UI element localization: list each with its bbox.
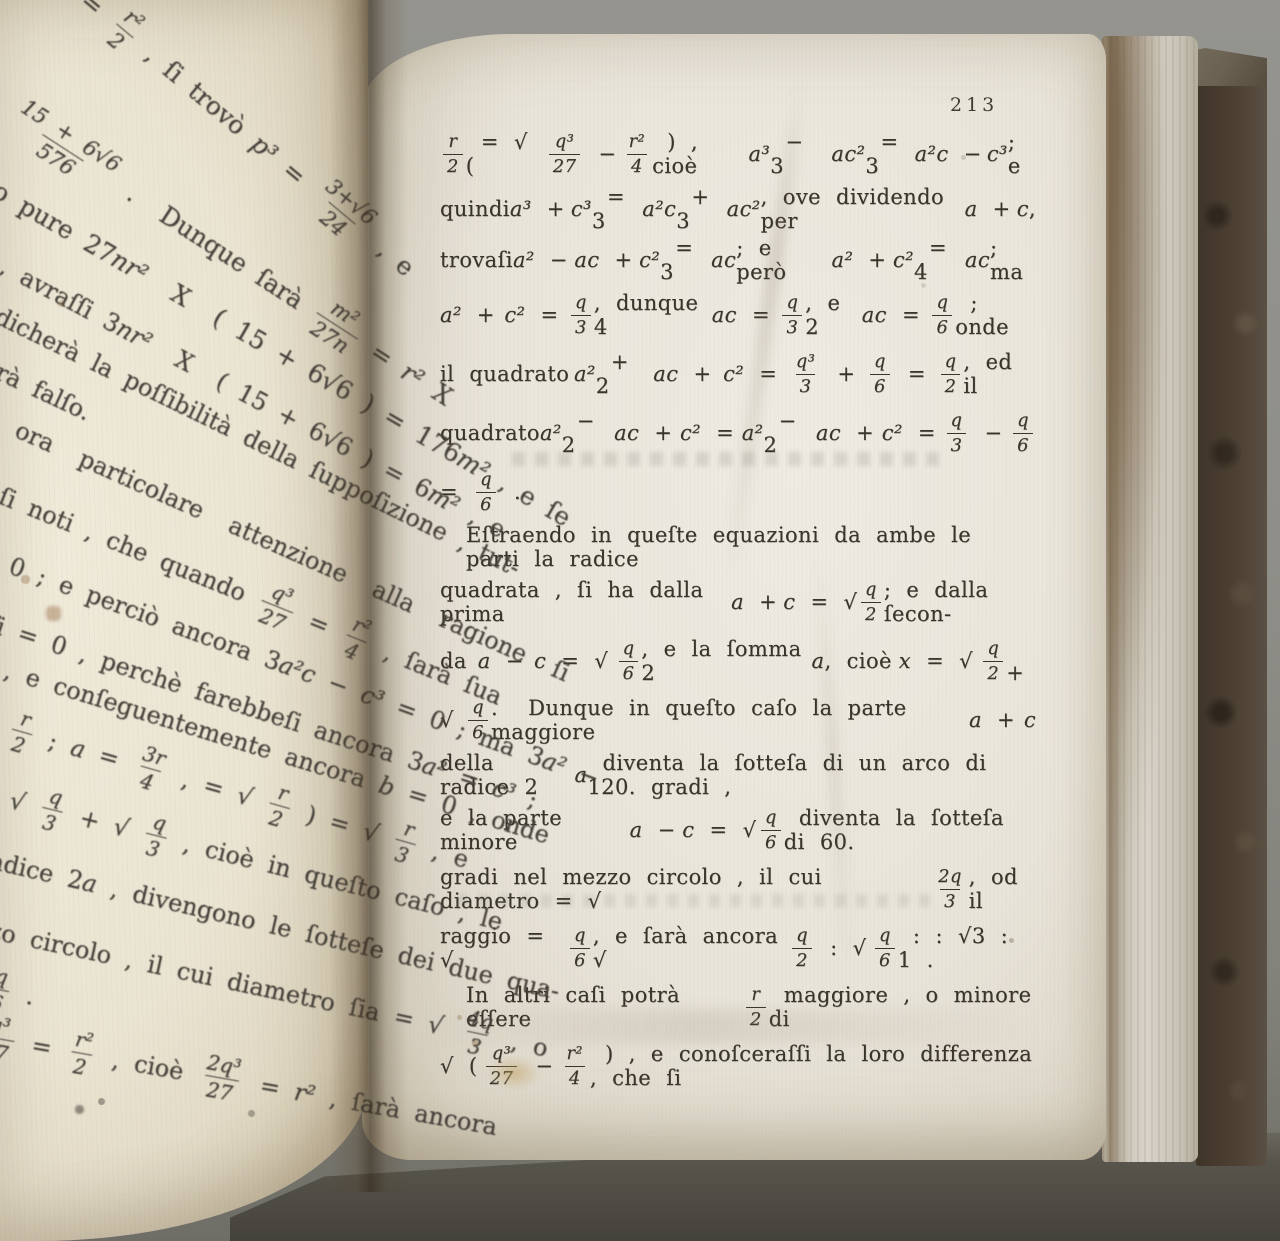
fraction-numerator: q	[947, 412, 967, 433]
text-run: =	[81, 737, 137, 778]
math-variable: a	[969, 708, 982, 732]
fraction: q6	[875, 927, 895, 970]
text-fragment: q6 .	[0, 964, 39, 1020]
fraction: q6	[619, 640, 639, 683]
fraction-denominator: 3	[462, 1031, 488, 1059]
text-line: r2 = √ ( q³27 − r²4 ) , cioè a³ − 3 ac² …	[440, 126, 1036, 182]
fraction: r²2	[65, 1028, 99, 1080]
text-run: −	[535, 248, 575, 272]
fraction: q6	[761, 809, 781, 852]
fraction-numerator: r²	[625, 133, 650, 154]
math-variable: a³	[510, 197, 532, 221]
text-run: = 3	[592, 185, 642, 233]
marbled-cover	[1196, 86, 1267, 1166]
text-run: ,	[1029, 197, 1036, 221]
text-run: = √	[795, 590, 858, 614]
text-line: raggio = √ q6, e ſarà ancora √ q2 : √ q6…	[440, 920, 1036, 976]
text-line: quindi a³ + c³ = 3a²c + 3ac², ove divide…	[440, 185, 1036, 233]
math-variable: ac²	[831, 142, 865, 166]
fraction-denominator: 27	[549, 154, 581, 176]
fraction: 4q3	[456, 1007, 499, 1061]
fraction-denominator: 2	[5, 729, 32, 758]
text-run: maggiore , o minore di	[769, 983, 1036, 1031]
text-run: , dunque 4	[594, 291, 712, 339]
fraction-denominator: 6	[932, 315, 952, 337]
fraction-denominator: 2	[746, 1007, 766, 1029]
fraction-numerator: r²	[562, 1045, 587, 1066]
fraction-denominator: 27	[201, 1075, 239, 1105]
fraction-numerator: q	[983, 640, 1003, 661]
text-run: ) , e conoſceraſſi la loro differenza , …	[590, 1042, 1036, 1090]
text-run: Eſtraendo in queſte equazioni da ambe le…	[466, 523, 1036, 571]
text-line: il quadrato a² + 2ac + c² = q³3 + q6 = q…	[440, 346, 1036, 402]
text-run: radice 2	[0, 844, 86, 895]
text-run: =	[525, 303, 568, 327]
math-variable: c	[1017, 197, 1029, 221]
text-run: diventa la ſotteſa di un arco di 120. gr…	[587, 751, 1036, 799]
fraction-denominator: 3	[571, 315, 591, 337]
fraction-numerator: q³	[0, 1013, 16, 1041]
math-variable: a²	[513, 248, 535, 272]
math-variable: x	[899, 649, 911, 673]
math-variable: a²	[540, 421, 562, 445]
text-run: , e	[415, 833, 472, 874]
text-run: ; ma	[990, 236, 1036, 284]
text-run: , od il	[969, 865, 1036, 913]
fraction-denominator: 6	[1013, 433, 1033, 455]
fraction: r²4	[562, 1045, 587, 1088]
right-page: 213 r2 = √ ( q³27 − r²4 ) , cioè a³ − 3 …	[362, 34, 1106, 1160]
fraction: 2q³27	[197, 1051, 247, 1105]
math-variable: ac	[614, 421, 639, 445]
fraction-denominator: 2	[861, 602, 881, 624]
fraction: r2	[443, 133, 463, 176]
fraction-numerator: q	[941, 353, 961, 374]
text-run: +	[532, 197, 571, 221]
page-number: 213	[950, 94, 998, 116]
math-variable: ac	[816, 421, 841, 445]
fraction: q3	[782, 294, 802, 337]
fraction-denominator: 2	[792, 948, 812, 970]
text-run: +	[982, 708, 1024, 732]
math-variable: c²	[882, 421, 903, 445]
math-variable: ac	[574, 248, 599, 272]
fraction-denominator: 3	[782, 315, 802, 337]
text-run: −	[643, 818, 683, 842]
fraction-denominator: 4	[134, 766, 161, 795]
math-variable: a²	[440, 303, 462, 327]
math-variable: ac	[711, 248, 736, 272]
text-run: −	[969, 421, 1010, 445]
text-line: quadrato a² − 2ac + c² = a² − 2ac + c² =…	[440, 405, 1036, 461]
text-run: = √	[694, 818, 758, 842]
fraction: r²4	[625, 133, 650, 176]
fraction: r2	[746, 986, 766, 1029]
math-variable: c²	[893, 248, 914, 272]
fraction-numerator: q	[1013, 412, 1033, 433]
text-run: +	[978, 197, 1017, 221]
fraction-numerator: q	[932, 294, 952, 315]
fraction: q6	[932, 294, 952, 337]
fraction-denominator: 27	[486, 1066, 518, 1088]
fraction: q2	[861, 581, 881, 624]
fraction-numerator: q	[571, 294, 591, 315]
fraction-numerator: r	[444, 133, 461, 154]
text-run: .	[9, 979, 36, 1011]
math-variable: c²	[639, 248, 660, 272]
text-run: +	[744, 590, 783, 614]
text-run: =	[291, 602, 348, 647]
text-run: . Dunque in queſto caſo la parte maggior…	[491, 696, 969, 744]
text-run: −	[949, 142, 987, 166]
page-fore-edge	[1102, 36, 1198, 1162]
text-run: : : √3 : 1 .	[898, 924, 1036, 972]
text-line: quadrata , ſi ha dalla prima a + c = √ q…	[440, 574, 1036, 630]
text-run: − 2	[562, 409, 614, 457]
fraction-denominator: 6	[761, 830, 781, 852]
text-run: , ed il	[963, 350, 1036, 398]
fraction: q2	[792, 927, 812, 970]
math-variable: ac	[712, 303, 737, 327]
text-run: quadrata , ſi ha dalla prima	[440, 578, 731, 626]
fraction: 2q3	[934, 868, 966, 911]
math-variable: a²	[574, 362, 596, 386]
fraction: q3	[947, 412, 967, 455]
fraction: q3	[571, 294, 591, 337]
text-run: ; e dalla ſecon-	[884, 578, 1036, 626]
fraction: q³27	[549, 133, 581, 176]
fraction: q6	[570, 927, 590, 970]
math-variable: a	[965, 197, 978, 221]
fraction-numerator: r	[747, 986, 764, 1007]
text-run: =	[744, 362, 789, 386]
fraction-denominator: 6	[0, 988, 9, 1016]
fraction-numerator: q	[792, 927, 812, 948]
text-run: + 3	[676, 185, 726, 233]
text-run: , ſi trovò	[128, 30, 264, 151]
math-variable: a²	[742, 421, 764, 445]
text-run: , cioè	[95, 1043, 200, 1088]
fraction: q³3	[792, 353, 819, 396]
fraction-denominator: 3	[940, 889, 960, 911]
fraction: q6	[870, 353, 890, 396]
math-variable: a	[630, 818, 643, 842]
text-line: gradi nel mezzo circolo , il cui diametr…	[440, 861, 1036, 917]
text-run: =	[243, 1069, 297, 1105]
fraction-denominator: 3	[947, 433, 967, 455]
text-run: = 4	[914, 236, 965, 284]
math-variable: c³	[987, 142, 1008, 166]
fraction-denominator: 6	[870, 374, 890, 396]
math-variable: a²c	[642, 197, 676, 221]
fraction-denominator: 6	[875, 948, 895, 970]
fraction-denominator: 3	[140, 833, 166, 862]
math-variable: c	[783, 590, 795, 614]
math-variable: c³	[571, 197, 592, 221]
text-run: , e la ſomma 2	[641, 637, 811, 685]
text-run: , o	[494, 1024, 550, 1062]
fraction-denominator: 2	[941, 374, 961, 396]
photo-scene: 213 r2 = √ ( q³27 − r²4 ) , cioè a³ − 3 …	[0, 0, 1280, 1241]
fraction-numerator: q	[782, 294, 802, 315]
text-run: = 3	[660, 236, 711, 284]
fraction-denominator: 3	[389, 839, 416, 868]
fraction-denominator: 6	[570, 948, 590, 970]
left-page: = r²2 , ſi trovò p³ = 3+√624 , eX 15 + 6…	[0, 0, 368, 1241]
math-variable: ac	[653, 362, 678, 386]
right-page-text: r2 = √ ( q³27 − r²4 ) , cioè a³ − 3 ac² …	[440, 126, 1036, 1097]
text-run: = √	[911, 649, 980, 673]
math-variable: a³	[748, 142, 770, 166]
math-variable: c²	[680, 421, 701, 445]
fraction-denominator: 2	[67, 1052, 92, 1080]
fraction-numerator: q³	[792, 353, 819, 374]
text-run: + √	[62, 800, 146, 846]
fraction-numerator: q	[761, 809, 781, 830]
text-run: −	[583, 142, 621, 166]
text-run: =	[737, 303, 780, 327]
fraction-numerator: q	[861, 581, 881, 602]
fraction-denominator: 2	[443, 154, 463, 176]
text-run: ) , cioè	[652, 130, 748, 178]
text-run: +	[841, 421, 882, 445]
text-run: trovaſi	[440, 248, 513, 272]
text-line: a² + c² = q3, dunque 4ac = q3, e 2ac = q…	[440, 287, 1036, 343]
fraction-numerator: q	[619, 640, 639, 661]
fraction-denominator: 2	[983, 661, 1003, 683]
text-run: =	[903, 421, 944, 445]
text-run: quindi	[440, 197, 510, 221]
text-run: +	[678, 362, 723, 386]
math-variable: ac	[862, 303, 887, 327]
text-line: Eſtraendo in queſte equazioni da ambe le…	[440, 523, 1036, 571]
text-run: , ove dividendo per	[761, 185, 965, 233]
fraction-numerator: q	[0, 965, 14, 992]
math-variable: c	[682, 818, 694, 842]
fraction-numerator: q	[875, 927, 895, 948]
fraction-denominator: 4	[627, 154, 647, 176]
fraction-denominator: 3	[796, 374, 816, 396]
text-run: = √ (	[466, 130, 546, 178]
fraction-numerator: q	[870, 353, 890, 374]
fraction-numerator: q	[570, 927, 590, 948]
text-run: diventa la ſotteſa di 60.	[784, 806, 1036, 854]
fraction: q³27	[0, 1013, 18, 1066]
text-run: , e 2	[805, 291, 861, 339]
fraction-numerator: 2q	[934, 868, 966, 889]
text-run: + 2	[596, 350, 654, 398]
text-run: − 2	[764, 409, 816, 457]
text-run: ; e però	[736, 236, 831, 284]
fraction-denominator: 2	[263, 803, 290, 832]
text-run: : √	[815, 936, 872, 960]
math-variable: c²	[723, 362, 744, 386]
text-run: ; e	[1008, 130, 1036, 178]
text-run: , e ſarà ancora √	[593, 924, 789, 972]
fraction-denominator: 4	[565, 1066, 585, 1088]
fraction-numerator: q³	[551, 133, 578, 154]
text-run: +	[853, 248, 893, 272]
math-variable: a	[812, 649, 825, 673]
text-run: = √	[0, 778, 43, 821]
math-variable: c	[1024, 708, 1036, 732]
text-run: =	[15, 1029, 69, 1065]
text-run: , = √	[164, 761, 270, 816]
text-run: +	[462, 303, 505, 327]
text-line: trovaſi a² − ac + c² = 3ac; e però a² + …	[440, 236, 1036, 284]
text-run: +	[822, 362, 867, 386]
text-run: − 3	[770, 130, 831, 178]
text-run: = 3	[865, 130, 914, 178]
math-variable: a²c	[915, 142, 949, 166]
math-variable: a	[731, 590, 744, 614]
fraction: q2	[941, 353, 961, 396]
text-run: , cioè	[824, 649, 898, 673]
text-run: +	[639, 421, 680, 445]
math-variable: ac²	[727, 197, 761, 221]
text-run: =	[887, 303, 930, 327]
math-variable: c²	[504, 303, 525, 327]
foxing-specks	[0, 0, 3, 3]
math-variable: ac	[965, 248, 990, 272]
fraction-denominator: 6	[619, 661, 639, 683]
text-run: +	[599, 248, 639, 272]
fraction: q2	[983, 640, 1003, 683]
math-variable: a²	[832, 248, 854, 272]
text-run: ; onde	[955, 291, 1036, 339]
text-run: gradi nel mezzo circolo , il cui diametr…	[440, 865, 931, 913]
fraction: q6	[1013, 412, 1033, 455]
fraction-denominator: 3	[37, 807, 63, 836]
text-run: +	[1006, 637, 1036, 685]
text-run: =	[701, 421, 742, 445]
text-run: =	[893, 362, 938, 386]
